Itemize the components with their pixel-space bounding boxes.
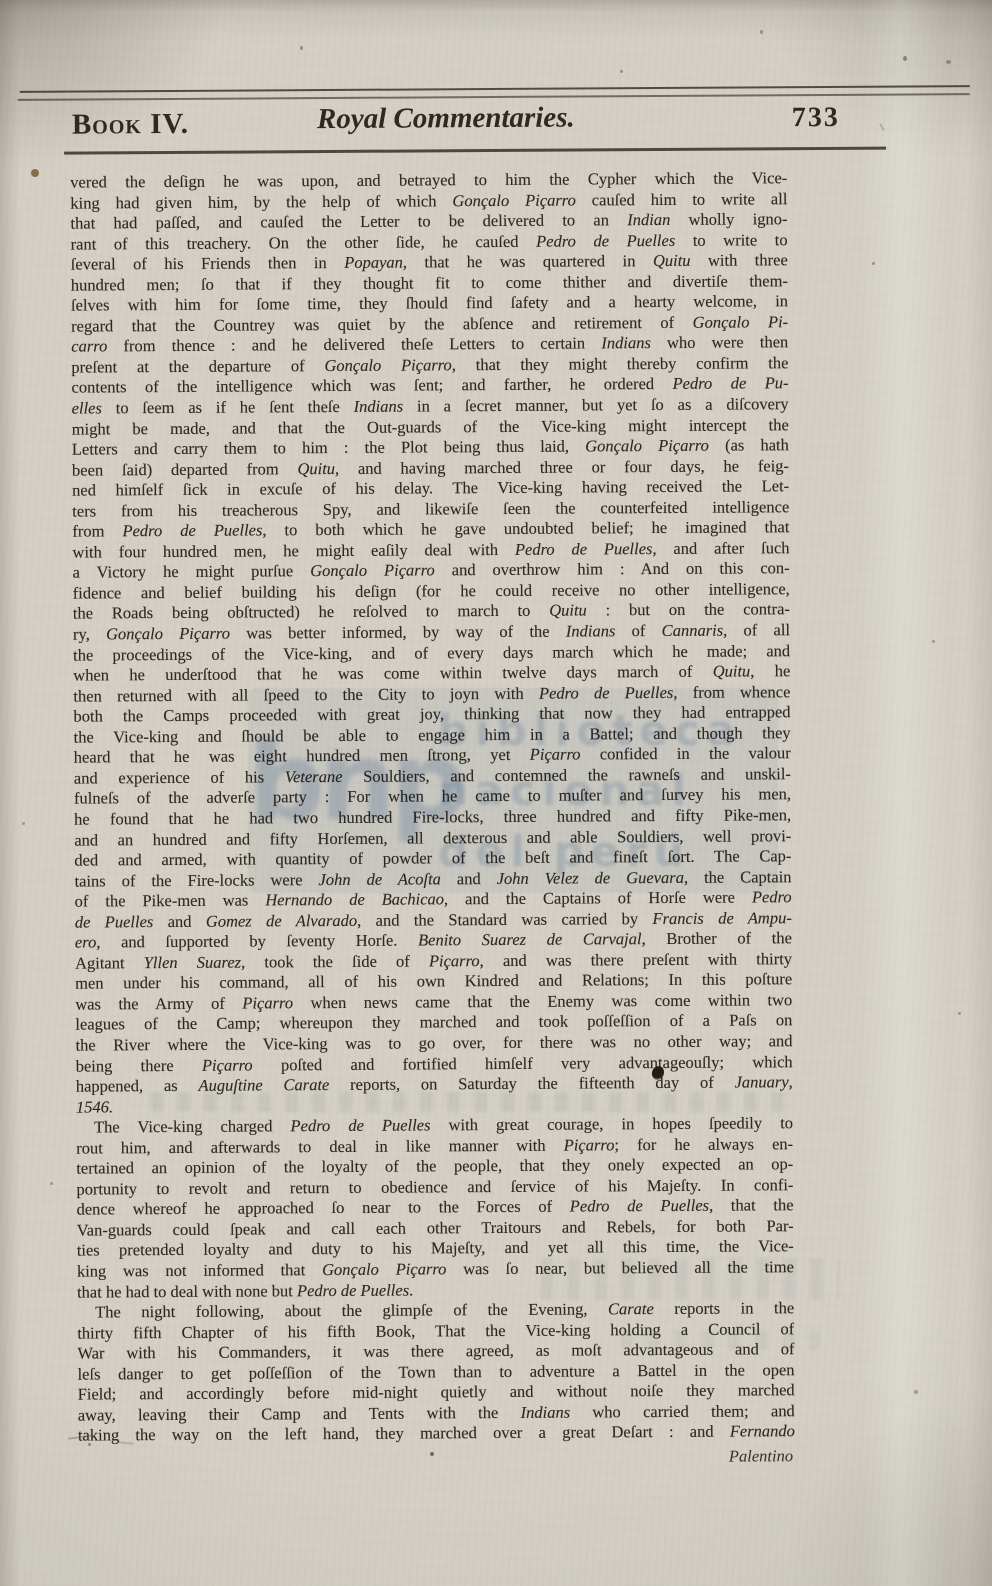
top-double-rule-upper	[20, 85, 970, 93]
italic-name: carro	[71, 337, 107, 356]
italic-name: ero	[75, 933, 97, 952]
page-number: 733	[792, 102, 882, 135]
italic-name: Indians	[566, 621, 616, 640]
paper-speck	[958, 1012, 961, 1015]
paper-speck	[760, 30, 763, 34]
running-title: Royal Commentaries.	[246, 101, 646, 136]
italic-name: Pedro de Puelles	[297, 1280, 409, 1300]
paper-speck	[903, 56, 907, 61]
italic-name: Piçarro	[242, 993, 293, 1012]
text-line: taking the way on the left hand, they ma…	[78, 1422, 795, 1447]
italic-name: Carate	[608, 1299, 654, 1318]
header-rule	[64, 147, 886, 155]
paper-speck	[300, 46, 303, 50]
italic-name: Gonçalo Piçarro	[324, 355, 451, 375]
italic-name: John de Acoſta	[318, 869, 441, 889]
italic-name: Indian	[627, 210, 670, 229]
italic-name: Pedro de Puelles	[539, 683, 673, 703]
paper-speck	[932, 640, 935, 643]
italic-name: Cannaris	[662, 621, 724, 640]
catchword: Palentino	[78, 1446, 793, 1470]
italic-name: Quitu	[713, 662, 751, 681]
italic-name: 1546.	[76, 1097, 113, 1116]
italic-name: Indians	[521, 1402, 571, 1421]
italic-name: Indians	[354, 397, 404, 416]
italic-name: Gonçalo Piçarro	[106, 624, 230, 644]
running-head: Book IV. Royal Commentaries. 733	[0, 0, 987, 3]
italic-name: Piçarro	[530, 745, 581, 764]
paper-speck	[914, 1390, 918, 1394]
paper-speck	[50, 1182, 53, 1185]
paragraph: The night following, about the glimpſe o…	[77, 1298, 795, 1446]
italic-name: Quitu	[653, 251, 691, 270]
paper-speck	[430, 1452, 434, 1456]
italic-name: elles	[72, 398, 102, 417]
italic-name: Benito Suarez de Carvajal	[418, 929, 642, 949]
italic-name: Piçarro	[429, 951, 480, 970]
italic-name: Pedro de Puelles	[570, 1196, 709, 1216]
italic-name: Pedro de Puelles	[515, 539, 653, 559]
text-line: king was not informed that Gonçalo Piçar…	[77, 1257, 794, 1282]
paper-speck	[946, 60, 951, 64]
book-page: Book IV. Royal Commentaries. 733 vered t…	[0, 0, 992, 1586]
book-label: Book IV.	[72, 108, 189, 142]
italic-name: John Velez de Guevara	[497, 867, 684, 887]
italic-name: Gonçalo Piçarro	[585, 436, 709, 456]
italic-name: Pedro de Puelles	[290, 1116, 430, 1136]
paper-speck	[872, 262, 875, 265]
italic-name: de Puelles	[75, 912, 154, 931]
italic-name: Fernando	[730, 1422, 795, 1441]
italic-name: Gonçalo Pi-	[693, 312, 789, 332]
italic-name: Piçarro	[564, 1135, 615, 1154]
italic-name: Gonçalo Piçarro	[310, 561, 435, 581]
paragraph: The Vice-king charged Pedro de Puelles w…	[76, 1113, 794, 1302]
italic-name: Gonçalo Piçarro	[452, 190, 576, 210]
italic-name: Hernando de Bachicao	[265, 889, 444, 909]
italic-name: Indians	[601, 333, 651, 352]
italic-name: Pedro de Puelles	[536, 231, 675, 251]
page-content: Book IV. Royal Commentaries. 733 vered t…	[0, 0, 992, 1586]
paper-speck	[620, 70, 623, 73]
paper-speck	[22, 822, 25, 825]
text-block: vered the deſign he was upon, and betray…	[70, 168, 795, 1446]
italic-name: Gomez de Alvarado	[206, 911, 357, 931]
text-line: happened, as Auguſtine Carate reports, o…	[76, 1072, 793, 1097]
paragraph: vered the deſign he was upon, and betray…	[70, 168, 793, 1118]
italic-name: Francis de Ampu-	[652, 908, 791, 928]
italic-name: Gonçalo Piçarro	[322, 1259, 446, 1279]
italic-name: Pedro de Puelles	[122, 521, 262, 541]
italic-name: Popayan	[344, 253, 403, 272]
italic-name: Auguſtine Carate	[198, 1075, 329, 1095]
italic-name: January	[735, 1072, 789, 1091]
italic-name: Veterane	[285, 767, 343, 786]
italic-name: Piçarro	[202, 1055, 253, 1074]
italic-name: Yllen Suarez	[144, 952, 241, 972]
top-double-rule-lower	[18, 93, 970, 101]
paper-speck	[88, 1443, 91, 1446]
italic-name: Quitu	[297, 459, 335, 478]
italic-name: Pedro de Pu-	[672, 374, 788, 394]
italic-name: Quitu	[549, 601, 587, 620]
italic-name: Pedro	[752, 887, 792, 906]
paper-speck	[31, 169, 39, 177]
